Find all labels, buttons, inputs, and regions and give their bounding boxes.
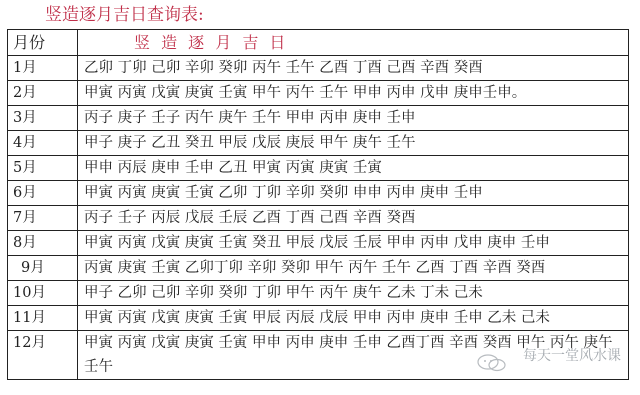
days-cell: 甲寅 丙寅 庚寅 壬寅 乙卯 丁卯 辛卯 癸卯 申申 丙申 庚申 壬申 <box>78 181 629 206</box>
month-cell: 10月 <box>8 281 78 306</box>
table-row: 3月 丙子 庚子 壬子 丙午 庚午 壬午 甲申 丙申 庚申 壬申 <box>8 106 629 131</box>
month-cell: 4月 <box>8 131 78 156</box>
days-cell: 甲寅 丙寅 戊寅 庚寅 壬寅 甲午 丙午 壬午 甲申 丙申 戊申 庚申壬申。 <box>78 81 629 106</box>
month-cell: 5月 <box>8 156 78 181</box>
month-cell: 7月 <box>8 206 78 231</box>
table-row: 4月 甲子 庚子 乙丑 癸丑 甲辰 戊辰 庚辰 甲午 庚午 壬午 <box>8 131 629 156</box>
header-month: 月份 <box>8 30 78 56</box>
table-header-row: 月份 竖 造 逐 月 吉 日 <box>8 30 629 56</box>
month-cell: 8月 <box>8 231 78 256</box>
month-cell: 1月 <box>8 56 78 81</box>
header-days: 竖 造 逐 月 吉 日 <box>78 30 629 56</box>
days-cell: 乙卯 丁卯 己卯 辛卯 癸卯 丙午 壬午 乙酉 丁酉 己酉 辛酉 癸酉 <box>78 56 629 81</box>
table-row: 5月 甲申 丙辰 庚申 壬申 乙丑 甲寅 丙寅 庚寅 壬寅 <box>8 156 629 181</box>
month-cell: 3月 <box>8 106 78 131</box>
days-cell: 丙子 壬子 丙辰 戊辰 壬辰 乙酉 丁酉 己酉 辛酉 癸酉 <box>78 206 629 231</box>
month-cell: 12月 <box>8 331 78 380</box>
days-cell: 甲寅 丙寅 戊寅 庚寅 壬寅 癸丑 甲辰 戊辰 壬辰 甲申 丙申 戊申 庚申 壬… <box>78 231 629 256</box>
days-cell: 丙子 庚子 壬子 丙午 庚午 壬午 甲申 丙申 庚申 壬申 <box>78 106 629 131</box>
page-title: 竖造逐月吉日查询表: <box>45 4 204 26</box>
table-row: 1月 乙卯 丁卯 己卯 辛卯 癸卯 丙午 壬午 乙酉 丁酉 己酉 辛酉 癸酉 <box>8 56 629 81</box>
month-cell: 2月 <box>8 81 78 106</box>
days-cell: 甲申 丙辰 庚申 壬申 乙丑 甲寅 丙寅 庚寅 壬寅 <box>78 156 629 181</box>
table-row: 8月 甲寅 丙寅 戊寅 庚寅 壬寅 癸丑 甲辰 戊辰 壬辰 甲申 丙申 戊申 庚… <box>8 231 629 256</box>
table-row: 7月 丙子 壬子 丙辰 戊辰 壬辰 乙酉 丁酉 己酉 辛酉 癸酉 <box>8 206 629 231</box>
table-row: 10月 甲子 乙卯 己卯 辛卯 癸卯 丁卯 甲午 丙午 庚午 乙未 丁未 己未 <box>8 281 629 306</box>
month-cell: 6月 <box>8 181 78 206</box>
wechat-icon <box>475 352 509 374</box>
month-cell: 9月 <box>8 256 78 281</box>
table-row: 11月 甲寅 丙寅 戊寅 庚寅 壬寅 甲辰 丙辰 戊辰 甲申 丙申 庚申 壬申 … <box>8 306 629 331</box>
watermark-text: 每天一堂风水课 <box>523 345 621 365</box>
days-cell: 甲子 庚子 乙丑 癸丑 甲辰 戊辰 庚辰 甲午 庚午 壬午 <box>78 131 629 156</box>
table-row: 6月 甲寅 丙寅 庚寅 壬寅 乙卯 丁卯 辛卯 癸卯 申申 丙申 庚申 壬申 <box>8 181 629 206</box>
days-cell: 甲寅 丙寅 戊寅 庚寅 壬寅 甲辰 丙辰 戊辰 甲申 丙申 庚申 壬申 乙未 己… <box>78 306 629 331</box>
table-row: 9月 丙寅 庚寅 壬寅 乙卯丁卯 辛卯 癸卯 甲午 丙午 壬午 乙酉 丁酉 辛酉… <box>8 256 629 281</box>
days-cell: 丙寅 庚寅 壬寅 乙卯丁卯 辛卯 癸卯 甲午 丙午 壬午 乙酉 丁酉 辛酉 癸酉 <box>78 256 629 281</box>
auspicious-days-table: 月份 竖 造 逐 月 吉 日 1月 乙卯 丁卯 己卯 辛卯 癸卯 丙午 壬午 乙… <box>7 29 629 380</box>
table-row: 2月 甲寅 丙寅 戊寅 庚寅 壬寅 甲午 丙午 壬午 甲申 丙申 戊申 庚申壬申… <box>8 81 629 106</box>
days-cell: 甲子 乙卯 己卯 辛卯 癸卯 丁卯 甲午 丙午 庚午 乙未 丁未 己未 <box>78 281 629 306</box>
month-cell: 11月 <box>8 306 78 331</box>
